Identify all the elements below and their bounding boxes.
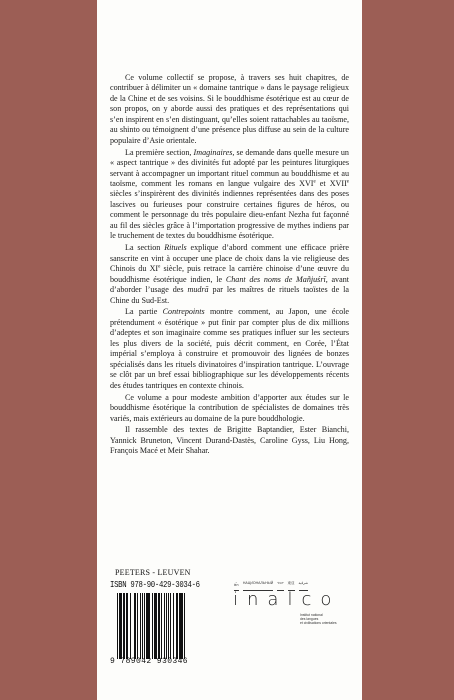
barcode xyxy=(117,593,207,659)
paragraph-text: La première section, xyxy=(125,148,194,157)
section-title-imaginaires: Imaginaires xyxy=(194,148,233,157)
institute-line: et civilisations orientales xyxy=(300,621,337,625)
paragraph-text: La section xyxy=(125,243,164,252)
work-title: Chant des noms de Mañjuśrī xyxy=(226,275,326,284)
paragraph-contrepoints: La partie Contrepoints montre comment, a… xyxy=(110,307,349,391)
isbn-text: ISBN 978-90-429-3034-6 xyxy=(110,581,200,591)
barcode-number: 9 789042 930346 xyxy=(110,657,188,666)
term-mudra: mudrā xyxy=(187,285,208,294)
paragraph-contributors: Il rassemble des textes de Brigitte Bapt… xyxy=(110,425,349,456)
inalco-institute-name: Institut national des langues et civilis… xyxy=(300,613,337,626)
paragraph-rituels: La section Rituels explique d’abord comm… xyxy=(110,243,349,306)
paragraph-text: Ce volume a pour modeste ambition d’appo… xyxy=(110,393,349,423)
back-cover-blurb: Ce volume collectif se propose, à traver… xyxy=(110,73,349,458)
paragraph-imaginaires: La première section, Imaginaires, se dem… xyxy=(110,148,349,242)
superscript: e xyxy=(347,179,349,184)
publisher-name: PEETERS - LEUVEN xyxy=(115,568,191,577)
section-title-rituels: Rituels xyxy=(164,243,186,252)
paragraph-text: Ce volume collectif se propose, à traver… xyxy=(110,73,349,145)
paragraph-ambition: Ce volume a pour modeste ambition d’appo… xyxy=(110,393,349,424)
paragraph-text: La partie xyxy=(125,307,163,316)
paragraph-text: siècles s’inspirèrent des divinités indi… xyxy=(110,189,349,240)
inalco-logo: inalco xyxy=(233,589,340,610)
paragraph-text: montre comment, au Japon, une école prét… xyxy=(110,307,349,389)
paragraph-text: Il rassemble des textes de Brigitte Bapt… xyxy=(110,425,349,455)
section-title-contrepoints: Contrepoints xyxy=(163,307,205,316)
paragraph-intro: Ce volume collectif se propose, à traver… xyxy=(110,73,349,146)
paragraph-text: et XVII xyxy=(316,179,347,188)
